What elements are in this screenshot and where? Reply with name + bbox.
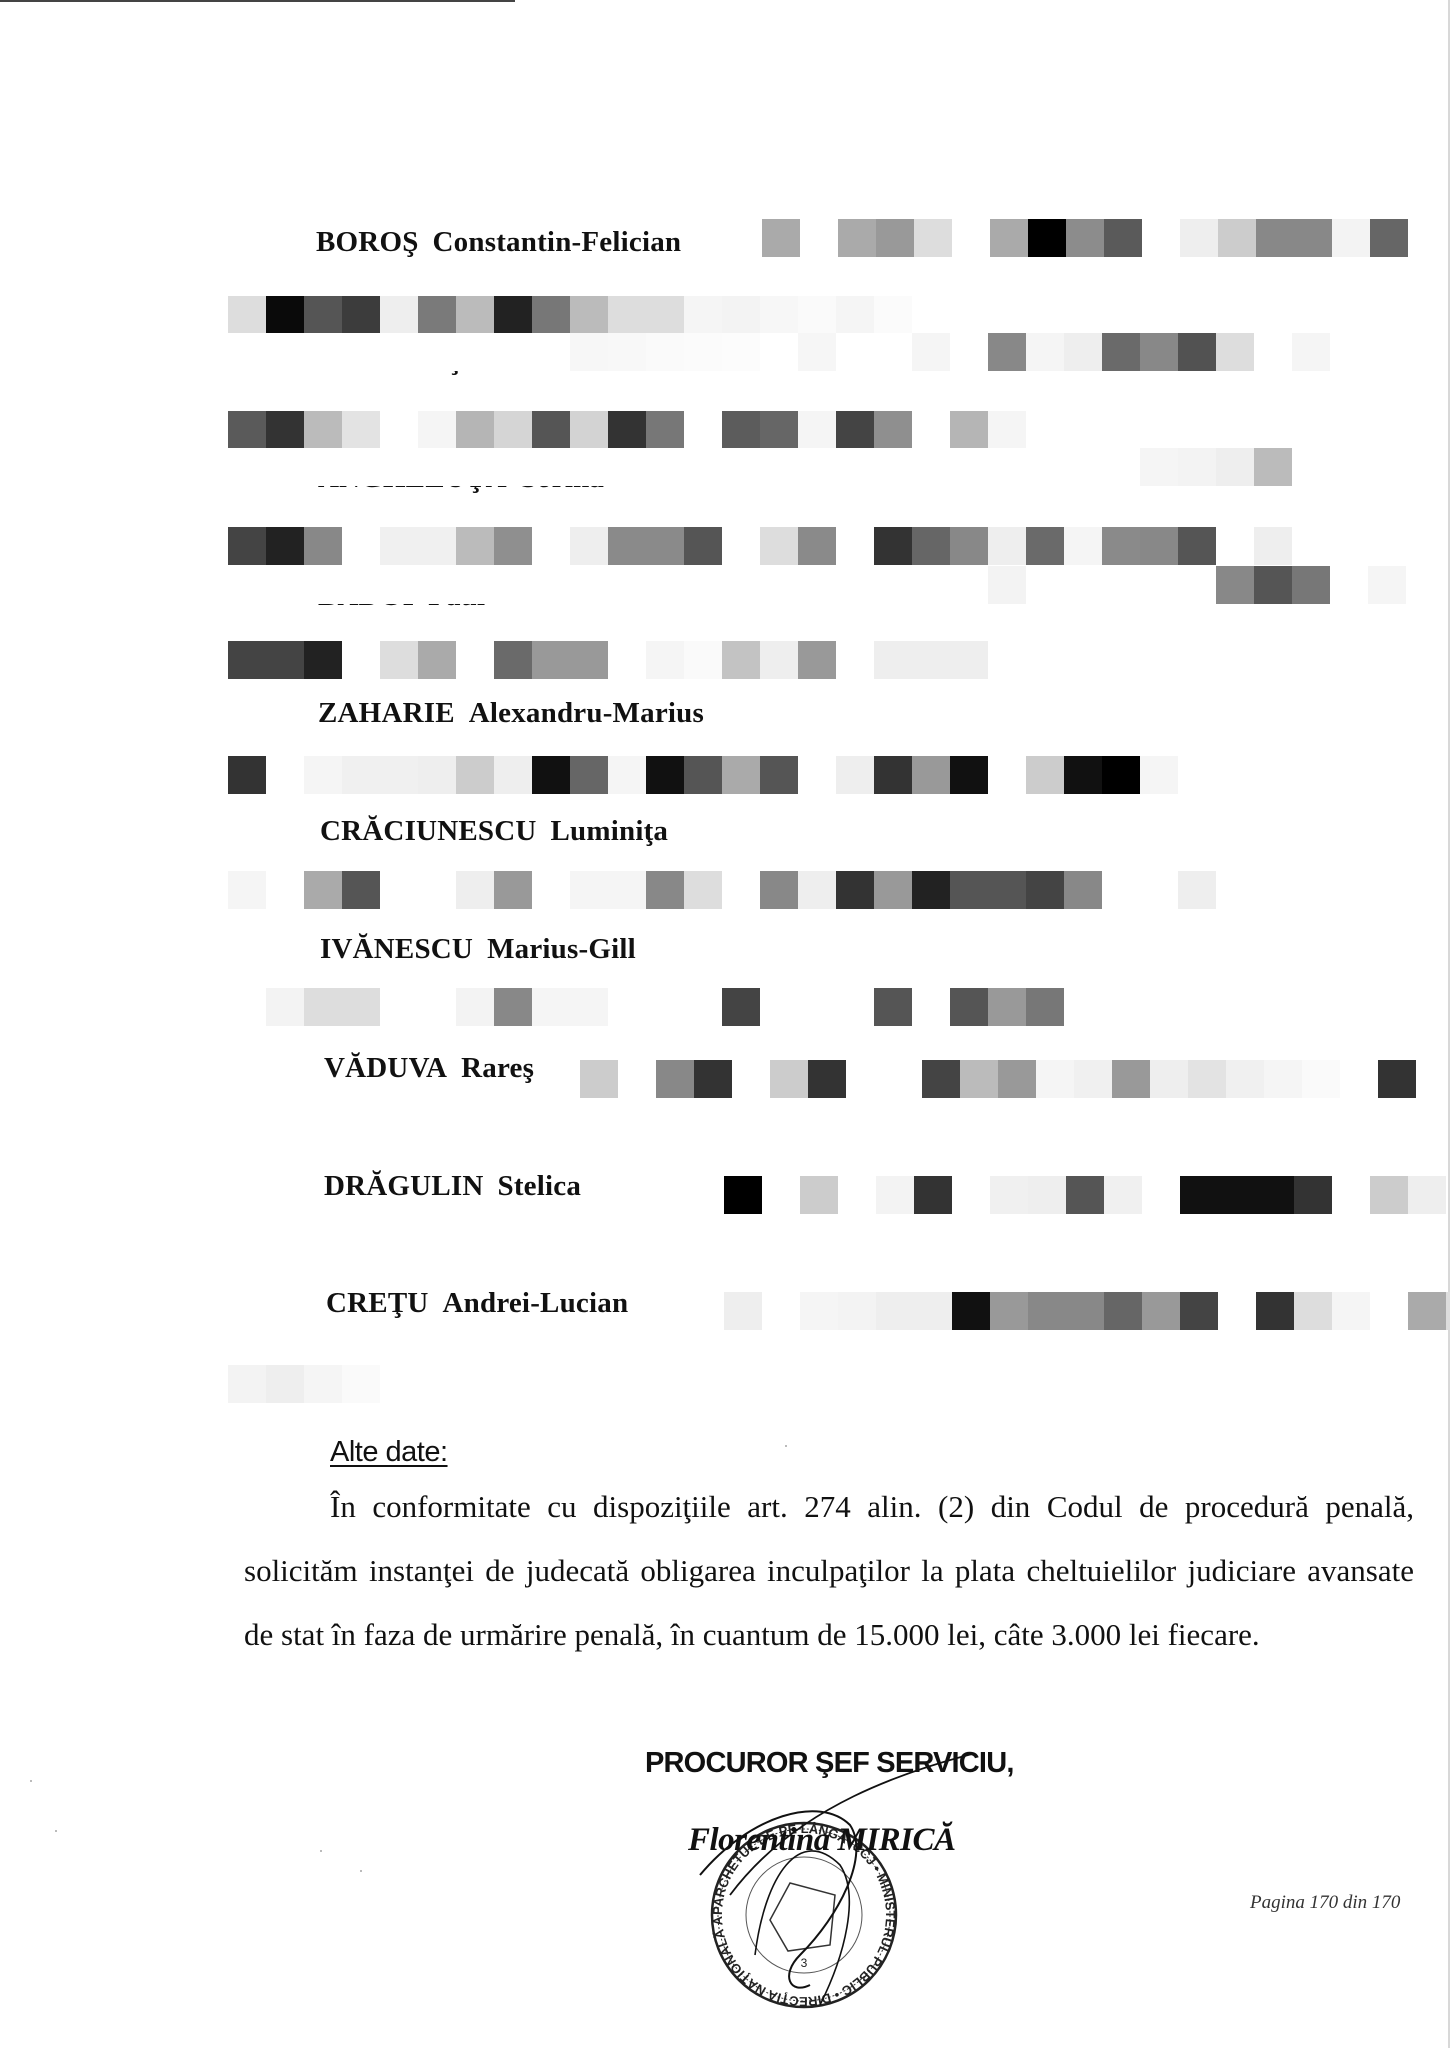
redaction-block bbox=[874, 333, 912, 371]
redaction-block bbox=[494, 566, 532, 604]
redaction-block bbox=[656, 1060, 694, 1098]
redaction-block bbox=[608, 527, 646, 565]
redaction-block bbox=[266, 527, 304, 565]
redaction-block bbox=[570, 871, 608, 909]
redaction-block bbox=[836, 527, 874, 565]
redaction-block bbox=[798, 988, 836, 1026]
redaction-block bbox=[1102, 871, 1140, 909]
redaction-block bbox=[418, 988, 456, 1026]
redaction-block bbox=[266, 333, 304, 371]
redaction-block bbox=[836, 448, 874, 486]
redaction-block bbox=[960, 1060, 998, 1098]
defendant-name: IVĂNESCUMarius-Gill bbox=[320, 933, 636, 966]
redaction-block bbox=[952, 1292, 990, 1330]
redaction-block bbox=[1254, 566, 1292, 604]
redaction-block bbox=[722, 641, 760, 679]
redaction-block bbox=[494, 641, 532, 679]
redaction-block bbox=[1140, 333, 1178, 371]
scan-speck bbox=[785, 1445, 787, 1447]
redaction-block bbox=[342, 333, 380, 371]
redaction-block bbox=[494, 988, 532, 1026]
redaction-block bbox=[380, 756, 418, 794]
redaction-block bbox=[874, 566, 912, 604]
redaction-block bbox=[722, 411, 760, 449]
redaction-block bbox=[798, 566, 836, 604]
redaction-block bbox=[1140, 566, 1178, 604]
redaction-block bbox=[760, 411, 798, 449]
redaction-block bbox=[1064, 871, 1102, 909]
redaction-block bbox=[762, 1176, 800, 1214]
redaction-block bbox=[608, 566, 646, 604]
redaction-block bbox=[608, 988, 646, 1026]
redaction-block bbox=[1064, 448, 1102, 486]
redaction-block bbox=[1332, 219, 1370, 257]
redaction-block bbox=[884, 1060, 922, 1098]
defendant-surname: BOROŞ bbox=[316, 226, 419, 258]
redaction-block bbox=[1104, 219, 1142, 257]
redaction-block bbox=[1140, 448, 1178, 486]
redaction-block bbox=[342, 1365, 380, 1403]
redaction-block bbox=[646, 756, 684, 794]
redaction-block bbox=[1026, 411, 1064, 449]
redaction-block bbox=[988, 566, 1026, 604]
redaction-block bbox=[950, 756, 988, 794]
redaction-block bbox=[266, 1365, 304, 1403]
redaction-block bbox=[1294, 1292, 1332, 1330]
redaction-block bbox=[570, 527, 608, 565]
other-data-paragraph: În conformitate cu dispoziţiile art. 274… bbox=[244, 1475, 1414, 1667]
redaction-block bbox=[342, 448, 380, 486]
redaction-block bbox=[646, 448, 684, 486]
redaction-block bbox=[836, 333, 874, 371]
redaction-block bbox=[1218, 1292, 1256, 1330]
redaction-block bbox=[1218, 1176, 1256, 1214]
redaction-block bbox=[998, 1060, 1036, 1098]
redaction-block bbox=[646, 641, 684, 679]
redaction-block bbox=[990, 1292, 1028, 1330]
svg-text:3: 3 bbox=[801, 1956, 808, 1970]
redaction-block bbox=[1332, 1292, 1370, 1330]
redaction-block bbox=[798, 527, 836, 565]
redaction-block bbox=[456, 641, 494, 679]
defendant-given-name: Luminiţa bbox=[551, 815, 669, 847]
redaction-block bbox=[990, 1176, 1028, 1214]
redaction-block bbox=[684, 448, 722, 486]
redaction-block bbox=[1256, 219, 1294, 257]
redaction-block bbox=[532, 296, 570, 334]
redaction-block bbox=[304, 641, 342, 679]
redaction-block bbox=[876, 1292, 914, 1330]
defendant-surname: IVĂNESCU bbox=[320, 933, 473, 965]
defendant-surname: CRĂCIUNESCU bbox=[320, 815, 537, 847]
redaction-block bbox=[1102, 566, 1140, 604]
redaction-block bbox=[798, 333, 836, 371]
redaction-block bbox=[988, 527, 1026, 565]
redaction-block bbox=[1066, 219, 1104, 257]
redaction-block bbox=[304, 988, 342, 1026]
redaction-block bbox=[1408, 1176, 1446, 1214]
redaction-block bbox=[1140, 527, 1178, 565]
redaction-block bbox=[1330, 566, 1368, 604]
redaction-block bbox=[1408, 1292, 1446, 1330]
defendant-given-name: Rareş bbox=[461, 1052, 534, 1084]
redaction-block bbox=[456, 333, 494, 371]
redaction-block bbox=[724, 1176, 762, 1214]
defendant-name: DRĂGULINStelica bbox=[324, 1170, 581, 1203]
redaction-block bbox=[380, 411, 418, 449]
redaction-block bbox=[304, 333, 342, 371]
redaction-block bbox=[1446, 1292, 1450, 1330]
redaction-block bbox=[912, 527, 950, 565]
redaction-block bbox=[1142, 219, 1180, 257]
redaction-block bbox=[1074, 1060, 1112, 1098]
redaction-block bbox=[418, 333, 456, 371]
redaction-block bbox=[570, 756, 608, 794]
defendant-surname: CREŢU bbox=[326, 1287, 429, 1319]
redaction-block bbox=[1216, 448, 1254, 486]
redaction-block bbox=[418, 296, 456, 334]
redaction-block bbox=[418, 756, 456, 794]
redaction-block bbox=[988, 296, 1026, 334]
redaction-block bbox=[722, 527, 760, 565]
redaction-block bbox=[380, 871, 418, 909]
redaction-block bbox=[532, 333, 570, 371]
redaction-block bbox=[1026, 988, 1064, 1026]
redaction-block bbox=[950, 333, 988, 371]
redaction-block bbox=[1254, 333, 1292, 371]
redaction-block bbox=[684, 871, 722, 909]
redaction-block bbox=[874, 988, 912, 1026]
redaction-block bbox=[1180, 219, 1218, 257]
defendant-given-name: Stelica bbox=[498, 1170, 582, 1202]
redaction-block bbox=[380, 566, 418, 604]
redaction-block bbox=[304, 1365, 342, 1403]
defendant-surname: DRĂGULIN bbox=[324, 1170, 484, 1202]
redaction-block bbox=[1102, 296, 1140, 334]
redaction-block bbox=[808, 1060, 846, 1098]
redaction-block bbox=[950, 527, 988, 565]
redaction-block bbox=[760, 296, 798, 334]
redaction-block bbox=[342, 527, 380, 565]
redaction-block bbox=[1226, 1060, 1264, 1098]
redaction-block bbox=[684, 333, 722, 371]
redaction-block bbox=[418, 871, 456, 909]
redaction-block bbox=[1028, 1176, 1066, 1214]
redaction-block bbox=[722, 871, 760, 909]
redaction-block bbox=[846, 1060, 884, 1098]
redaction-block bbox=[494, 527, 532, 565]
redaction-block bbox=[684, 756, 722, 794]
redaction-block bbox=[1066, 1292, 1104, 1330]
redaction-block bbox=[762, 1292, 800, 1330]
redaction-block bbox=[760, 566, 798, 604]
redaction-block bbox=[912, 566, 950, 604]
redaction-block bbox=[1178, 871, 1216, 909]
redaction-block bbox=[266, 756, 304, 794]
redaction-block bbox=[952, 1176, 990, 1214]
redaction-block bbox=[1370, 1176, 1408, 1214]
redaction-block bbox=[1102, 333, 1140, 371]
redaction-block bbox=[798, 448, 836, 486]
redaction-block bbox=[380, 641, 418, 679]
official-stamp-icon: PARCHETUL DE PE LÂNGĂ ÎCCJ • MINISTERUL … bbox=[670, 1755, 1070, 2015]
redaction-block bbox=[952, 219, 990, 257]
redaction-block bbox=[912, 988, 950, 1026]
redaction-block bbox=[836, 566, 874, 604]
redaction-block bbox=[418, 448, 456, 486]
redaction-block bbox=[532, 527, 570, 565]
redaction-block bbox=[304, 527, 342, 565]
defendant-name: VĂDUVARareş bbox=[324, 1052, 534, 1085]
page-number: Pagina 170 din 170 bbox=[1250, 1892, 1400, 1914]
redaction-block bbox=[760, 527, 798, 565]
redaction-block bbox=[1370, 1292, 1408, 1330]
redaction-block bbox=[456, 756, 494, 794]
redaction-block bbox=[800, 1176, 838, 1214]
redaction-block bbox=[228, 411, 266, 449]
redaction-block bbox=[836, 756, 874, 794]
redaction-block bbox=[838, 1292, 876, 1330]
redaction-block bbox=[798, 411, 836, 449]
redaction-block bbox=[532, 756, 570, 794]
redaction-block bbox=[570, 333, 608, 371]
redaction-block bbox=[456, 296, 494, 334]
redaction-block bbox=[874, 871, 912, 909]
redaction-block bbox=[836, 871, 874, 909]
redaction-block bbox=[456, 988, 494, 1026]
redaction-block bbox=[1026, 296, 1064, 334]
document-page: BOROŞConstantin-FelicianMIUIonuţ-Mădălin… bbox=[0, 0, 1450, 2048]
redaction-block bbox=[836, 411, 874, 449]
redaction-block bbox=[304, 448, 342, 486]
redaction-block bbox=[304, 566, 342, 604]
redaction-block bbox=[798, 296, 836, 334]
redaction-block bbox=[418, 411, 456, 449]
redaction-block bbox=[922, 1060, 960, 1098]
redaction-block bbox=[874, 448, 912, 486]
redaction-block bbox=[646, 411, 684, 449]
redaction-block bbox=[494, 411, 532, 449]
redaction-block bbox=[722, 566, 760, 604]
redaction-block bbox=[608, 871, 646, 909]
redaction-block bbox=[1302, 1060, 1340, 1098]
redaction-block bbox=[874, 527, 912, 565]
signature-title: PROCUROR ŞEF SERVICIU, bbox=[645, 1747, 1014, 1780]
redaction-block bbox=[1178, 566, 1216, 604]
redaction-block bbox=[342, 756, 380, 794]
scan-speck bbox=[360, 1870, 362, 1872]
redaction-block bbox=[570, 641, 608, 679]
redaction-block bbox=[838, 219, 876, 257]
redaction-block bbox=[722, 333, 760, 371]
redaction-block bbox=[1216, 527, 1254, 565]
scan-speck bbox=[30, 1780, 32, 1782]
redaction-block bbox=[494, 871, 532, 909]
redaction-block bbox=[912, 296, 950, 334]
redaction-block bbox=[1064, 756, 1102, 794]
redaction-block bbox=[1026, 448, 1064, 486]
redaction-block bbox=[988, 988, 1026, 1026]
redaction-block bbox=[1064, 296, 1102, 334]
redaction-block bbox=[228, 448, 266, 486]
redaction-block bbox=[1180, 1292, 1218, 1330]
redaction-block bbox=[876, 1176, 914, 1214]
redaction-block bbox=[1104, 1176, 1142, 1214]
redaction-block bbox=[532, 448, 570, 486]
redaction-block bbox=[618, 1060, 656, 1098]
redaction-block bbox=[1102, 527, 1140, 565]
redaction-block bbox=[1064, 566, 1102, 604]
redaction-block bbox=[1264, 1060, 1302, 1098]
redaction-block bbox=[684, 641, 722, 679]
redaction-block bbox=[228, 1365, 266, 1403]
redaction-block bbox=[228, 333, 266, 371]
redaction-block bbox=[1294, 1176, 1332, 1214]
redaction-block bbox=[770, 1060, 808, 1098]
redaction-block bbox=[646, 333, 684, 371]
redaction-block bbox=[1180, 1176, 1218, 1214]
redaction-block bbox=[798, 641, 836, 679]
redaction-block bbox=[266, 411, 304, 449]
redaction-block bbox=[646, 566, 684, 604]
redaction-block bbox=[722, 296, 760, 334]
redaction-block bbox=[950, 566, 988, 604]
redaction-block bbox=[266, 988, 304, 1026]
redaction-block bbox=[760, 641, 798, 679]
scan-speck bbox=[55, 1830, 57, 1832]
redaction-block bbox=[800, 219, 838, 257]
section-title-other-data: Alte date: bbox=[330, 1436, 448, 1469]
redaction-block bbox=[950, 871, 988, 909]
redaction-block bbox=[342, 641, 380, 679]
redaction-block bbox=[988, 333, 1026, 371]
redaction-block bbox=[228, 296, 266, 334]
redaction-block bbox=[1332, 1176, 1370, 1214]
redaction-block bbox=[494, 296, 532, 334]
redaction-block bbox=[228, 756, 266, 794]
redaction-block bbox=[760, 333, 798, 371]
redaction-block bbox=[570, 988, 608, 1026]
redaction-block bbox=[1140, 756, 1178, 794]
redaction-block bbox=[1370, 219, 1408, 257]
redaction-block bbox=[1026, 566, 1064, 604]
redaction-block bbox=[608, 296, 646, 334]
redaction-block bbox=[418, 641, 456, 679]
redaction-block bbox=[684, 527, 722, 565]
redaction-block bbox=[494, 756, 532, 794]
redaction-block bbox=[266, 871, 304, 909]
redaction-block bbox=[646, 871, 684, 909]
redaction-block bbox=[722, 988, 760, 1026]
redaction-block bbox=[456, 566, 494, 604]
redaction-block bbox=[418, 566, 456, 604]
redaction-block bbox=[912, 871, 950, 909]
redaction-block bbox=[456, 411, 494, 449]
redaction-block bbox=[266, 448, 304, 486]
redaction-block bbox=[380, 448, 418, 486]
redaction-block bbox=[228, 988, 266, 1026]
redaction-block bbox=[722, 448, 760, 486]
redaction-block bbox=[1036, 1060, 1074, 1098]
redaction-block bbox=[760, 988, 798, 1026]
other-data-text: În conformitate cu dispoziţiile art. 274… bbox=[244, 1489, 1414, 1652]
redaction-block bbox=[1216, 566, 1254, 604]
svg-text:PARCHETUL DE PE LÂNGĂ ÎCCJ • M: PARCHETUL DE PE LÂNGĂ ÎCCJ • MINISTERUL … bbox=[670, 1755, 898, 2009]
redaction-block bbox=[988, 448, 1026, 486]
redaction-block bbox=[874, 296, 912, 334]
redaction-block bbox=[494, 448, 532, 486]
redaction-block bbox=[418, 527, 456, 565]
redaction-block bbox=[950, 988, 988, 1026]
redaction-block bbox=[684, 988, 722, 1026]
redaction-block bbox=[646, 527, 684, 565]
redaction-block bbox=[836, 988, 874, 1026]
defendant-given-name: Constantin-Felician bbox=[433, 226, 682, 258]
redaction-block bbox=[874, 756, 912, 794]
redaction-block bbox=[608, 333, 646, 371]
redaction-block bbox=[380, 333, 418, 371]
redaction-block bbox=[456, 871, 494, 909]
scan-edge-line bbox=[0, 0, 515, 2]
redaction-block bbox=[608, 756, 646, 794]
redaction-block bbox=[304, 411, 342, 449]
redaction-block bbox=[380, 988, 418, 1026]
redaction-block bbox=[1142, 1292, 1180, 1330]
redaction-block bbox=[1178, 527, 1216, 565]
redaction-block bbox=[342, 411, 380, 449]
redaction-block bbox=[342, 871, 380, 909]
redaction-block bbox=[950, 448, 988, 486]
redaction-block bbox=[608, 411, 646, 449]
redaction-block bbox=[798, 756, 836, 794]
redaction-block bbox=[1112, 1060, 1150, 1098]
redaction-block bbox=[950, 296, 988, 334]
redaction-block bbox=[1026, 333, 1064, 371]
redaction-block bbox=[456, 448, 494, 486]
redaction-block bbox=[722, 756, 760, 794]
defendant-given-name: Marius-Gill bbox=[487, 933, 636, 965]
redaction-block bbox=[228, 641, 266, 679]
redaction-block bbox=[760, 756, 798, 794]
redaction-block bbox=[580, 1060, 618, 1098]
defendant-name: BOROŞConstantin-Felician bbox=[316, 226, 681, 259]
redaction-block bbox=[988, 756, 1026, 794]
redaction-block bbox=[1292, 333, 1330, 371]
redaction-block bbox=[228, 527, 266, 565]
defendant-given-name: Alexandru-Marius bbox=[469, 697, 704, 729]
redaction-block bbox=[304, 756, 342, 794]
redaction-block bbox=[1066, 1176, 1104, 1214]
redaction-block bbox=[1102, 756, 1140, 794]
redaction-block bbox=[342, 566, 380, 604]
redaction-block bbox=[798, 871, 836, 909]
redaction-block bbox=[1026, 527, 1064, 565]
redaction-block bbox=[914, 1292, 952, 1330]
redaction-block bbox=[570, 566, 608, 604]
redaction-block bbox=[912, 411, 950, 449]
redaction-block bbox=[912, 756, 950, 794]
redaction-block bbox=[950, 641, 988, 679]
defendant-name: ZAHARIEAlexandru-Marius bbox=[318, 697, 704, 730]
redaction-block bbox=[800, 1292, 838, 1330]
redaction-block bbox=[570, 411, 608, 449]
redaction-block bbox=[1188, 1060, 1226, 1098]
scan-speck bbox=[320, 1850, 322, 1852]
redaction-block bbox=[1026, 871, 1064, 909]
redaction-block bbox=[684, 296, 722, 334]
redaction-block bbox=[608, 448, 646, 486]
redaction-block bbox=[990, 219, 1028, 257]
